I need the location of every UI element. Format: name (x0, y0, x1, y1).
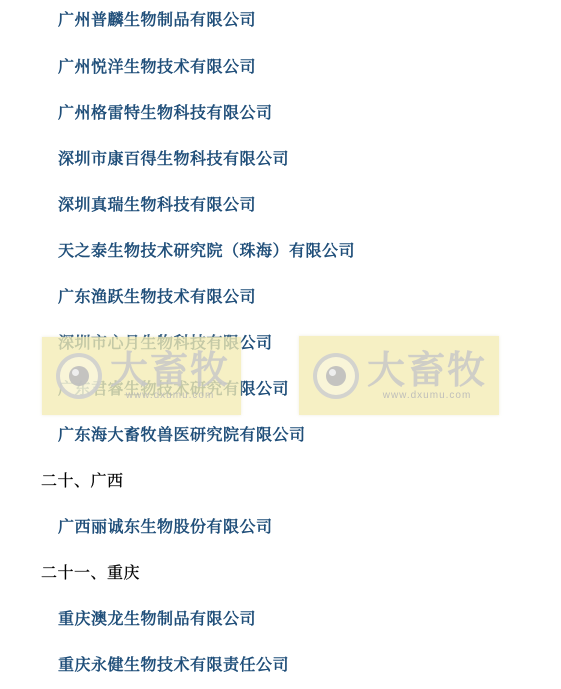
section-heading-guangxi: 二十、广西 (41, 469, 124, 493)
list-item: 广州普麟生物制品有限公司 (58, 8, 256, 32)
list-item: 重庆澳龙生物制品有限公司 (58, 607, 256, 631)
list-item: 深圳市康百得生物科技有限公司 (58, 147, 289, 171)
list-item: 广西丽诚东生物股份有限公司 (58, 515, 273, 539)
list-item: 广东渔跃生物技术有限公司 (58, 285, 256, 309)
list-item: 深圳真瑞生物科技有限公司 (58, 193, 256, 217)
list-item: 天之泰生物技术研究院（珠海）有限公司 (58, 239, 355, 263)
eye-logo-icon (313, 353, 359, 399)
list-item: 广州格雷特生物科技有限公司 (58, 101, 273, 125)
section-heading-chongqing: 二十一、重庆 (41, 561, 140, 585)
watermark-right: 大畜牧 www.dxumu.com (299, 336, 499, 415)
list-item: 重庆永健生物技术有限责任公司 (58, 653, 289, 677)
watermark-url: www.dxumu.com (383, 390, 472, 402)
watermark-brand: 大畜牧 (367, 350, 487, 390)
watermark-text: 大畜牧 www.dxumu.com (367, 350, 487, 402)
list-item: 深圳市心月生物科技有限公司 (58, 331, 273, 355)
list-item: 广州悦洋生物技术有限公司 (58, 55, 256, 79)
list-item: 广东君睿生物技术研究有限公司 (58, 377, 289, 401)
list-item: 广东海大畜牧兽医研究院有限公司 (58, 423, 306, 447)
